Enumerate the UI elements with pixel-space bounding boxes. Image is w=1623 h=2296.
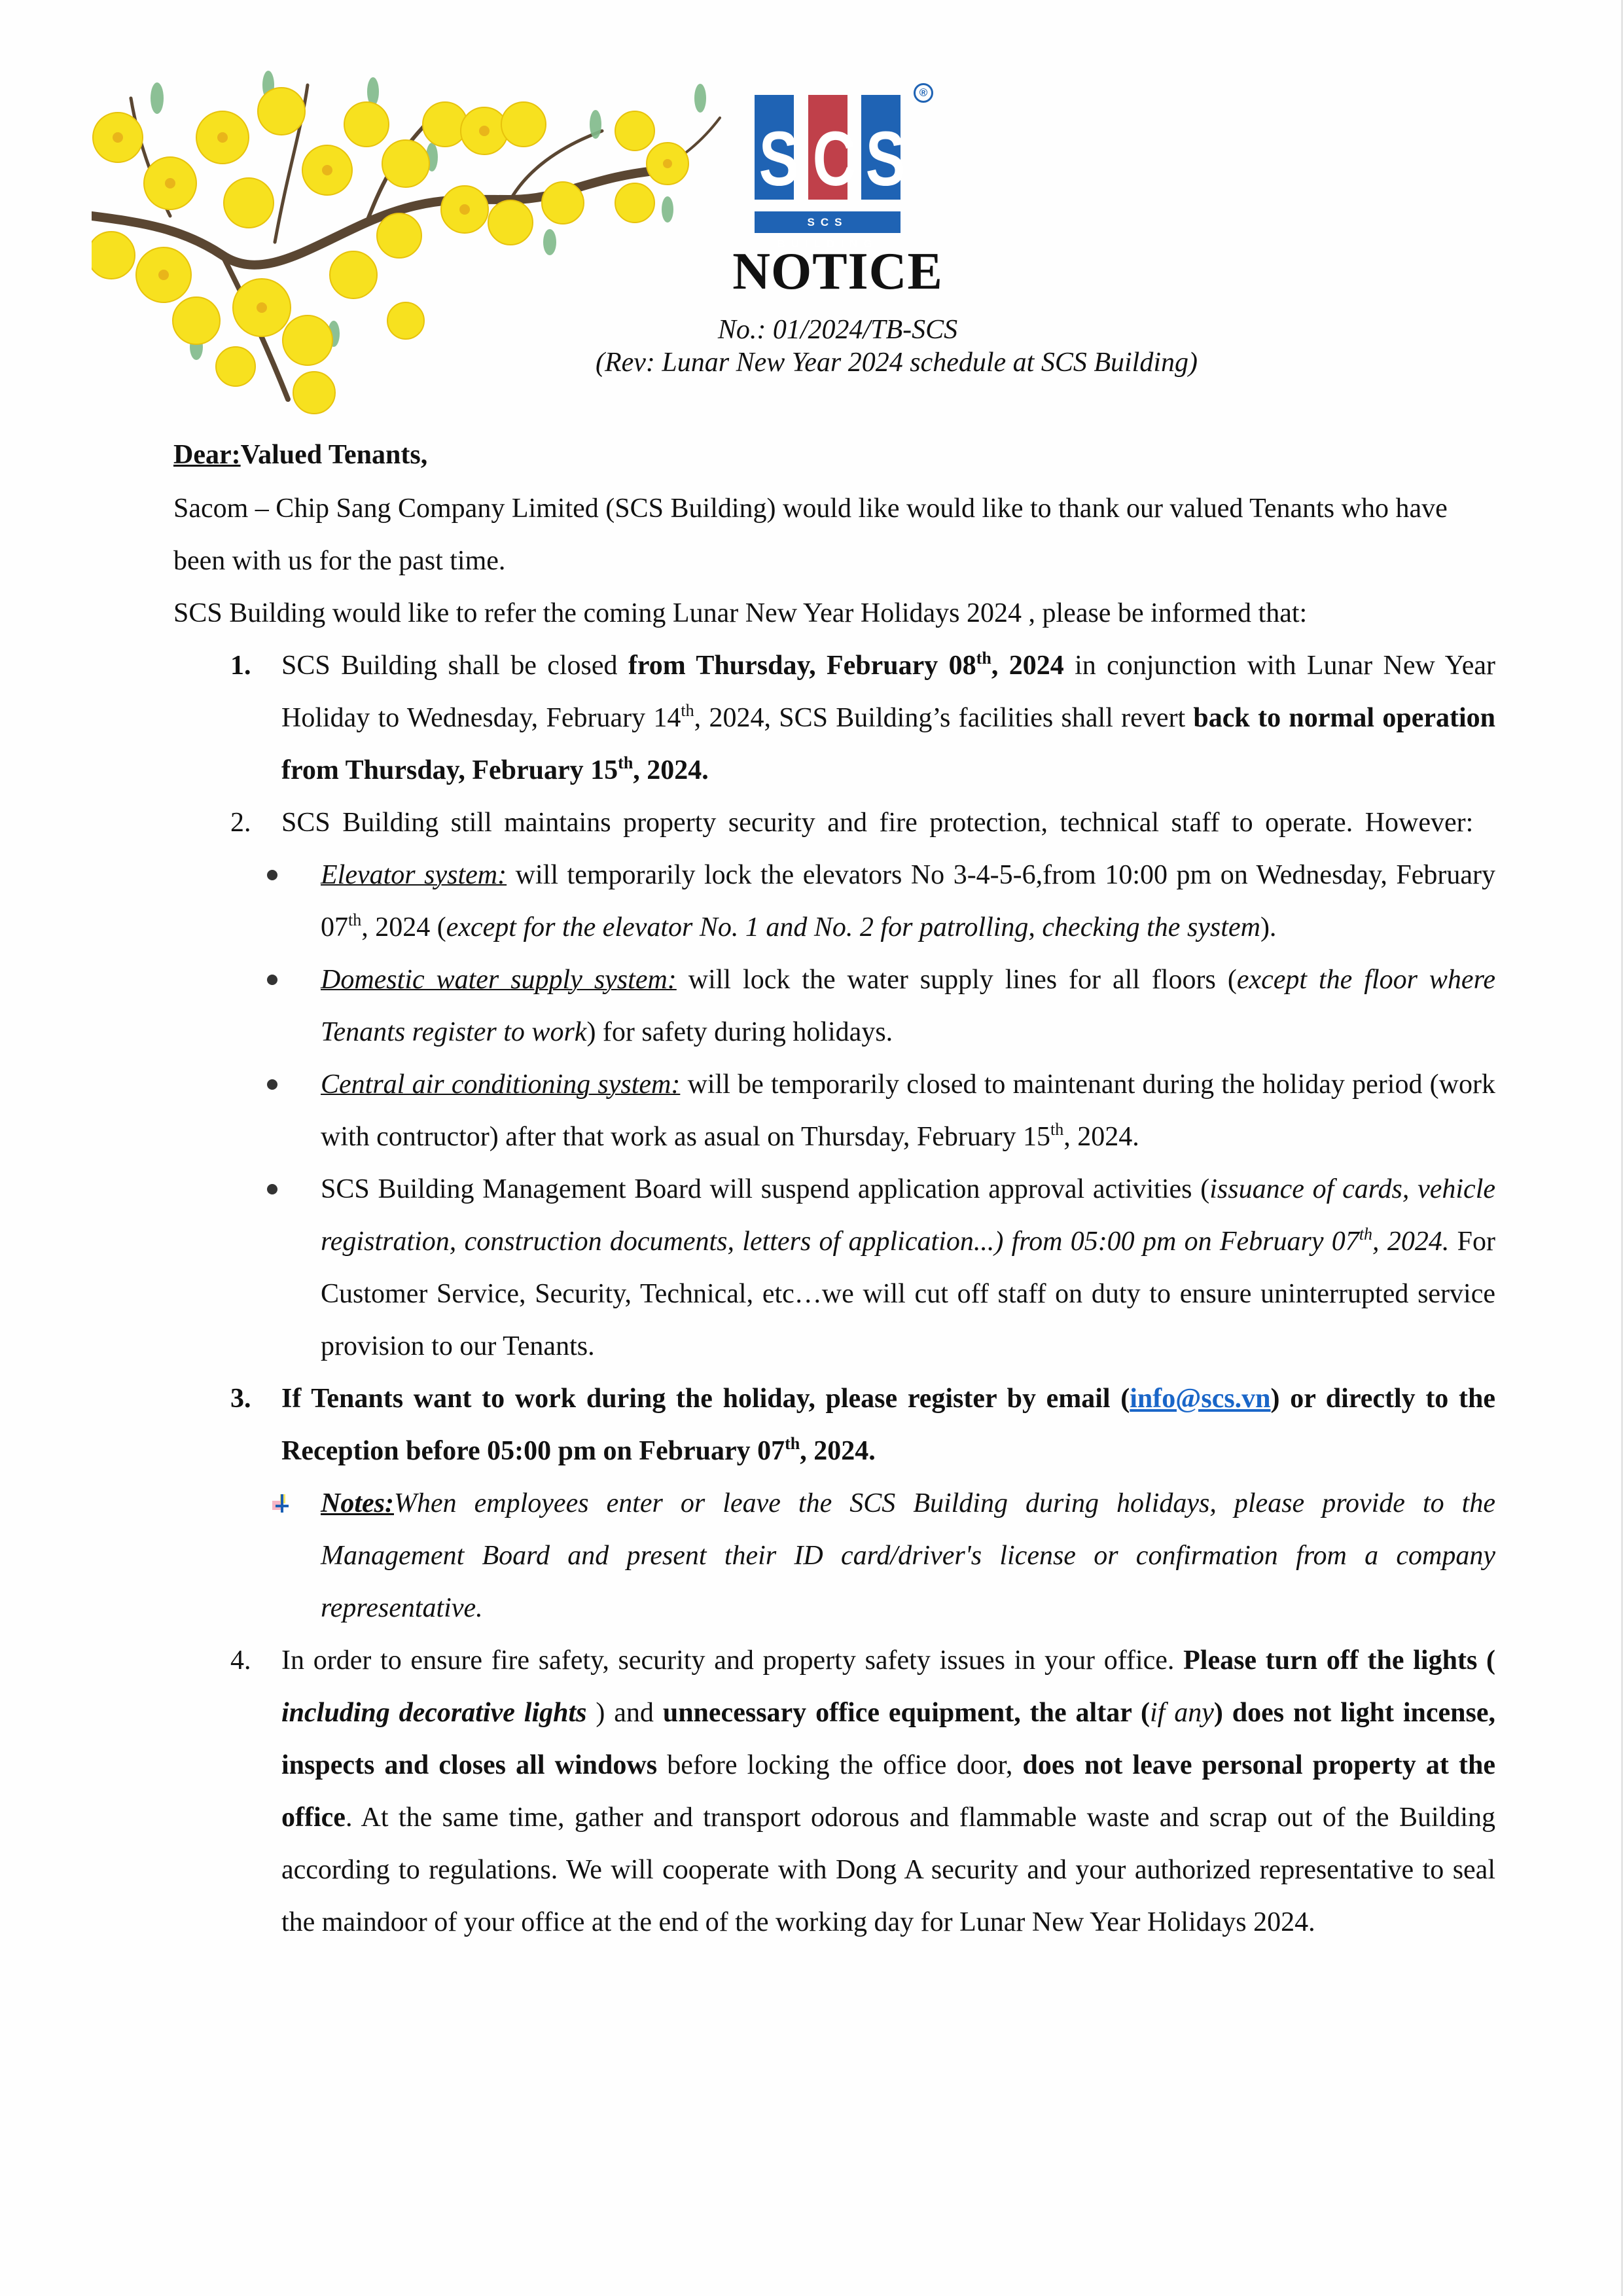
email-link[interactable]: info@scs.vn: [1130, 1384, 1270, 1414]
notice-item-4: 4.In order to ensure fire safety, securi…: [173, 1634, 1495, 1948]
scs-logo: S C S SCS BUILDING ®: [755, 95, 905, 239]
logo-tagline: SCS BUILDING: [755, 211, 901, 233]
logo-column-2: C: [808, 95, 847, 200]
item-number: 1.: [230, 639, 251, 692]
notice-items: 1.SCS Building shall be closed from Thur…: [173, 639, 1495, 1948]
item-2-bullets: Elevator system: will temporarily lock t…: [281, 849, 1495, 1372]
logo-column-3: S: [861, 95, 901, 200]
bullet-elevator-system: Elevator system: will temporarily lock t…: [173, 849, 1495, 954]
pin-arrow-icon: [271, 1493, 293, 1515]
bullet-icon: [267, 1079, 277, 1090]
bullet-icon: [267, 975, 277, 985]
item-3-note: Notes:When employees enter or leave the …: [281, 1477, 1495, 1634]
greeting-label: Dear:: [173, 440, 241, 470]
item-number: 2.: [230, 797, 251, 849]
notice-title: NOTICE: [654, 242, 1021, 302]
item-number: 4.: [230, 1634, 251, 1687]
notice-body: Dear:Valued Tenants, Sacom – Chip Sang C…: [173, 429, 1495, 1948]
bullet-icon: [267, 1184, 277, 1194]
bullet-management-board: SCS Building Management Board will suspe…: [173, 1163, 1495, 1372]
greeting: Dear:Valued Tenants,: [173, 429, 1495, 481]
intro-paragraph-1: Sacom – Chip Sang Company Limited (SCS B…: [173, 482, 1495, 587]
bullet-central-air-conditioning: Central air conditioning system: will be…: [173, 1058, 1495, 1163]
registered-mark-icon: ®: [914, 83, 933, 103]
notice-subject: (Rev: Lunar New Year 2024 schedule at SC…: [471, 347, 1322, 378]
bullet-domestic-water-supply: Domestic water supply system: will lock …: [173, 954, 1495, 1058]
logo-column-1: S: [755, 95, 794, 200]
notice-page: S C S SCS BUILDING ® NOTICE No.: 01/2024…: [0, 0, 1623, 2296]
notice-item-2: 2. SCS Building still maintains property…: [173, 797, 1495, 1372]
item-2-text: SCS Building still maintains property se…: [281, 797, 1495, 849]
intro-paragraph-2: SCS Building would like to refer the com…: [173, 587, 1495, 639]
notice-item-3: 3. If Tenants want to work during the ho…: [173, 1372, 1495, 1634]
bullet-icon: [267, 870, 277, 880]
item-3-text: If Tenants want to work during the holid…: [281, 1372, 1495, 1477]
greeting-recipient: Valued Tenants,: [241, 440, 428, 470]
item-number: 3.: [230, 1372, 251, 1425]
document-number: No.: 01/2024/TB-SCS: [654, 314, 1021, 346]
notice-item-1: 1.SCS Building shall be closed from Thur…: [173, 639, 1495, 797]
